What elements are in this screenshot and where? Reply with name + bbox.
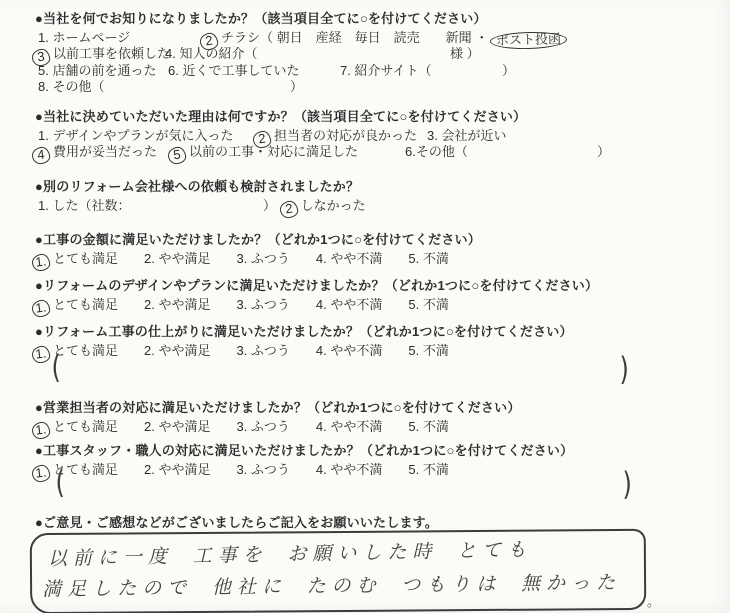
question-price-satisfaction: ●工事の金額に満足いただけましたか？（どれか1つに○を付けてください） 1.とて… bbox=[35, 229, 705, 264]
question-header: ●リフォームのデザインやプランに満足いただけましたか？（どれか1つに○を付けてく… bbox=[35, 275, 705, 292]
question-header: ●ご意見・ご感想などがございましたらご記入をお願いいたします。 bbox=[35, 512, 705, 529]
scale-labels: とても満足 2. やや満足 3. ふつう 4. やや不満 5. 不満 bbox=[53, 462, 449, 477]
hand-drawn-circle: 1. bbox=[31, 464, 51, 483]
handwritten-line-1: 以前に一度 工事を お願いした時 とても bbox=[48, 535, 533, 571]
option-line: 5. 店舗の前を通った 6. 近くで工事していた 7. 紹介サイト（ ） bbox=[35, 60, 705, 76]
hand-drawn-circle: 1. bbox=[31, 421, 51, 440]
option-did-compare: 1. した（社数： bbox=[38, 195, 130, 214]
question-staff-satisfaction: ●工事スタッフ・職人の対応に満足いただけましたか？（どれか1つに○を付けてくださ… bbox=[35, 440, 705, 475]
paren-close: ） bbox=[263, 198, 276, 213]
question-header: ●当社を何でお知りになりましたか？（該当項目全てに○を付けてください） bbox=[35, 8, 705, 25]
question-header: ●工事スタッフ・職人の対応に満足いただけましたか？（どれか1つに○を付けてくださ… bbox=[35, 440, 705, 457]
handwritten-line-2: 満足したので 他社に たのむ つもりは 無かった bbox=[42, 568, 621, 602]
scale-labels: とても満足 2. やや満足 3. ふつう 4. やや不満 5. 不満 bbox=[53, 297, 449, 312]
option-label: 費用が妥当だった bbox=[53, 144, 157, 159]
scale-options: 1.とても満足 2. やや満足 3. ふつう 4. やや不満 5. 不満 bbox=[32, 294, 449, 317]
scale-line: 1.とても満足 2. やや満足 3. ふつう 4. やや不満 5. 不満 bbox=[35, 459, 705, 475]
question-source: ●当社を何でお知りになりましたか？（該当項目全てに○を付けてください） 1. ホ… bbox=[35, 8, 705, 93]
answer-bracket-open: ( bbox=[56, 467, 65, 497]
handwritten-comment-box: 以前に一度 工事を お願いした時 とても 満足したので 他社に たのむ つもりは… bbox=[30, 529, 647, 613]
scale-line: 1.とても満足 2. やや満足 3. ふつう 4. やや不満 5. 不満 bbox=[35, 294, 705, 310]
question-design-satisfaction: ●リフォームのデザインやプランに満足いただけましたか？（どれか1つに○を付けてく… bbox=[35, 275, 705, 310]
question-header: ●別のリフォーム会社様への依頼も検討されましたか？ bbox=[35, 176, 705, 193]
scale-options: 1.とても満足 2. やや満足 3. ふつう 4. やや不満 5. 不満 bbox=[32, 340, 449, 363]
option-line: 1. ホームページ 2チラシ（ 朝日 産経 毎日 読売 新聞 ・ポスト投函 bbox=[35, 27, 705, 43]
question-header: ●当社に決めていただいた理由は何ですか？（該当項目全てに○を付けてください） bbox=[35, 106, 705, 123]
option-line: 8. その他（ ） bbox=[35, 76, 705, 92]
question-sales-satisfaction: ●営業担当者の対応に満足いただけましたか？（どれか1つに○を付けてください） 1… bbox=[35, 397, 705, 432]
option-label: しなかった bbox=[301, 198, 366, 213]
scale-options: 1.とても満足 2. やや満足 3. ふつう 4. やや不満 5. 不満 bbox=[32, 416, 449, 439]
hand-drawn-circle: 1. bbox=[31, 253, 51, 272]
scale-line: 1.とても満足 2. やや満足 3. ふつう 4. やや不満 5. 不満 bbox=[35, 248, 705, 264]
option-past-satisfaction: 5以前の工事・対応に満足した bbox=[168, 141, 358, 164]
scale-options: 1.とても満足 2. やや満足 3. ふつう 4. やや不満 5. 不満 bbox=[32, 248, 449, 271]
question-compare: ●別のリフォーム会社様への依頼も検討されましたか？ 1. した（社数： ） 2し… bbox=[35, 176, 705, 211]
scale-line: 1.とても満足 2. やや満足 3. ふつう 4. やや不満 5. 不満 bbox=[35, 340, 705, 356]
hand-drawn-circle: 1. bbox=[31, 345, 51, 364]
scale-labels: とても満足 2. やや満足 3. ふつう 4. やや不満 5. 不満 bbox=[53, 343, 449, 358]
question-header: ●リフォーム工事の仕上がりに満足いただけましたか？（どれか1つに○を付けてくださ… bbox=[35, 321, 705, 338]
paren-close: ） bbox=[597, 141, 610, 160]
option-line: 1. デザインやプランが気に入った 2担当者の対応が良かった 3. 会社が近い bbox=[35, 125, 705, 141]
scale-labels: とても満足 2. やや満足 3. ふつう 4. やや不満 5. 不満 bbox=[53, 251, 449, 266]
option-line: 4費用が妥当だった 5以前の工事・対応に満足した 6.その他（ ） bbox=[35, 141, 705, 157]
hand-drawn-circle: 1. bbox=[31, 299, 51, 318]
option-fair-price: 4費用が妥当だった bbox=[32, 141, 157, 164]
scanned-survey-page: ●当社を何でお知りになりましたか？（該当項目全てに○を付けてください） 1. ホ… bbox=[0, 0, 730, 613]
option-line: 1. した（社数： ） 2しなかった bbox=[35, 195, 705, 211]
handwritten-period: 。 bbox=[647, 591, 660, 610]
option-other: 6.その他（ bbox=[405, 141, 468, 160]
option-did-not-compare: ） 2しなかった bbox=[263, 195, 366, 218]
question-reason: ●当社に決めていただいた理由は何ですか？（該当項目全てに○を付けてください） 1… bbox=[35, 106, 705, 158]
answer-bracket-close: ) bbox=[623, 469, 632, 499]
answer-bracket-open: ( bbox=[52, 352, 61, 382]
answer-bracket-close: ) bbox=[620, 354, 629, 384]
option-line: 3以前工事を依頼した 4. 知人の紹介（ 様 ） bbox=[35, 43, 705, 59]
hand-drawn-circle: 4 bbox=[31, 146, 51, 165]
scale-labels: とても満足 2. やや満足 3. ふつう 4. やや不満 5. 不満 bbox=[53, 419, 449, 434]
paren-close: ） bbox=[290, 76, 303, 95]
option-other: 8. その他（ bbox=[38, 76, 104, 95]
question-header: ●営業担当者の対応に満足いただけましたか？（どれか1つに○を付けてください） bbox=[35, 397, 705, 414]
question-header: ●工事の金額に満足いただけましたか？（どれか1つに○を付けてください） bbox=[35, 229, 705, 246]
scale-line: 1.とても満足 2. やや満足 3. ふつう 4. やや不満 5. 不満 bbox=[35, 416, 705, 432]
option-label: 以前の工事・対応に満足した bbox=[189, 144, 358, 159]
hand-drawn-circle: 5 bbox=[167, 146, 187, 165]
question-finish-satisfaction: ●リフォーム工事の仕上がりに満足いただけましたか？（どれか1つに○を付けてくださ… bbox=[35, 321, 705, 356]
scale-options: 1.とても満足 2. やや満足 3. ふつう 4. やや不満 5. 不満 bbox=[32, 459, 449, 482]
hand-drawn-circle: 2 bbox=[279, 200, 299, 219]
